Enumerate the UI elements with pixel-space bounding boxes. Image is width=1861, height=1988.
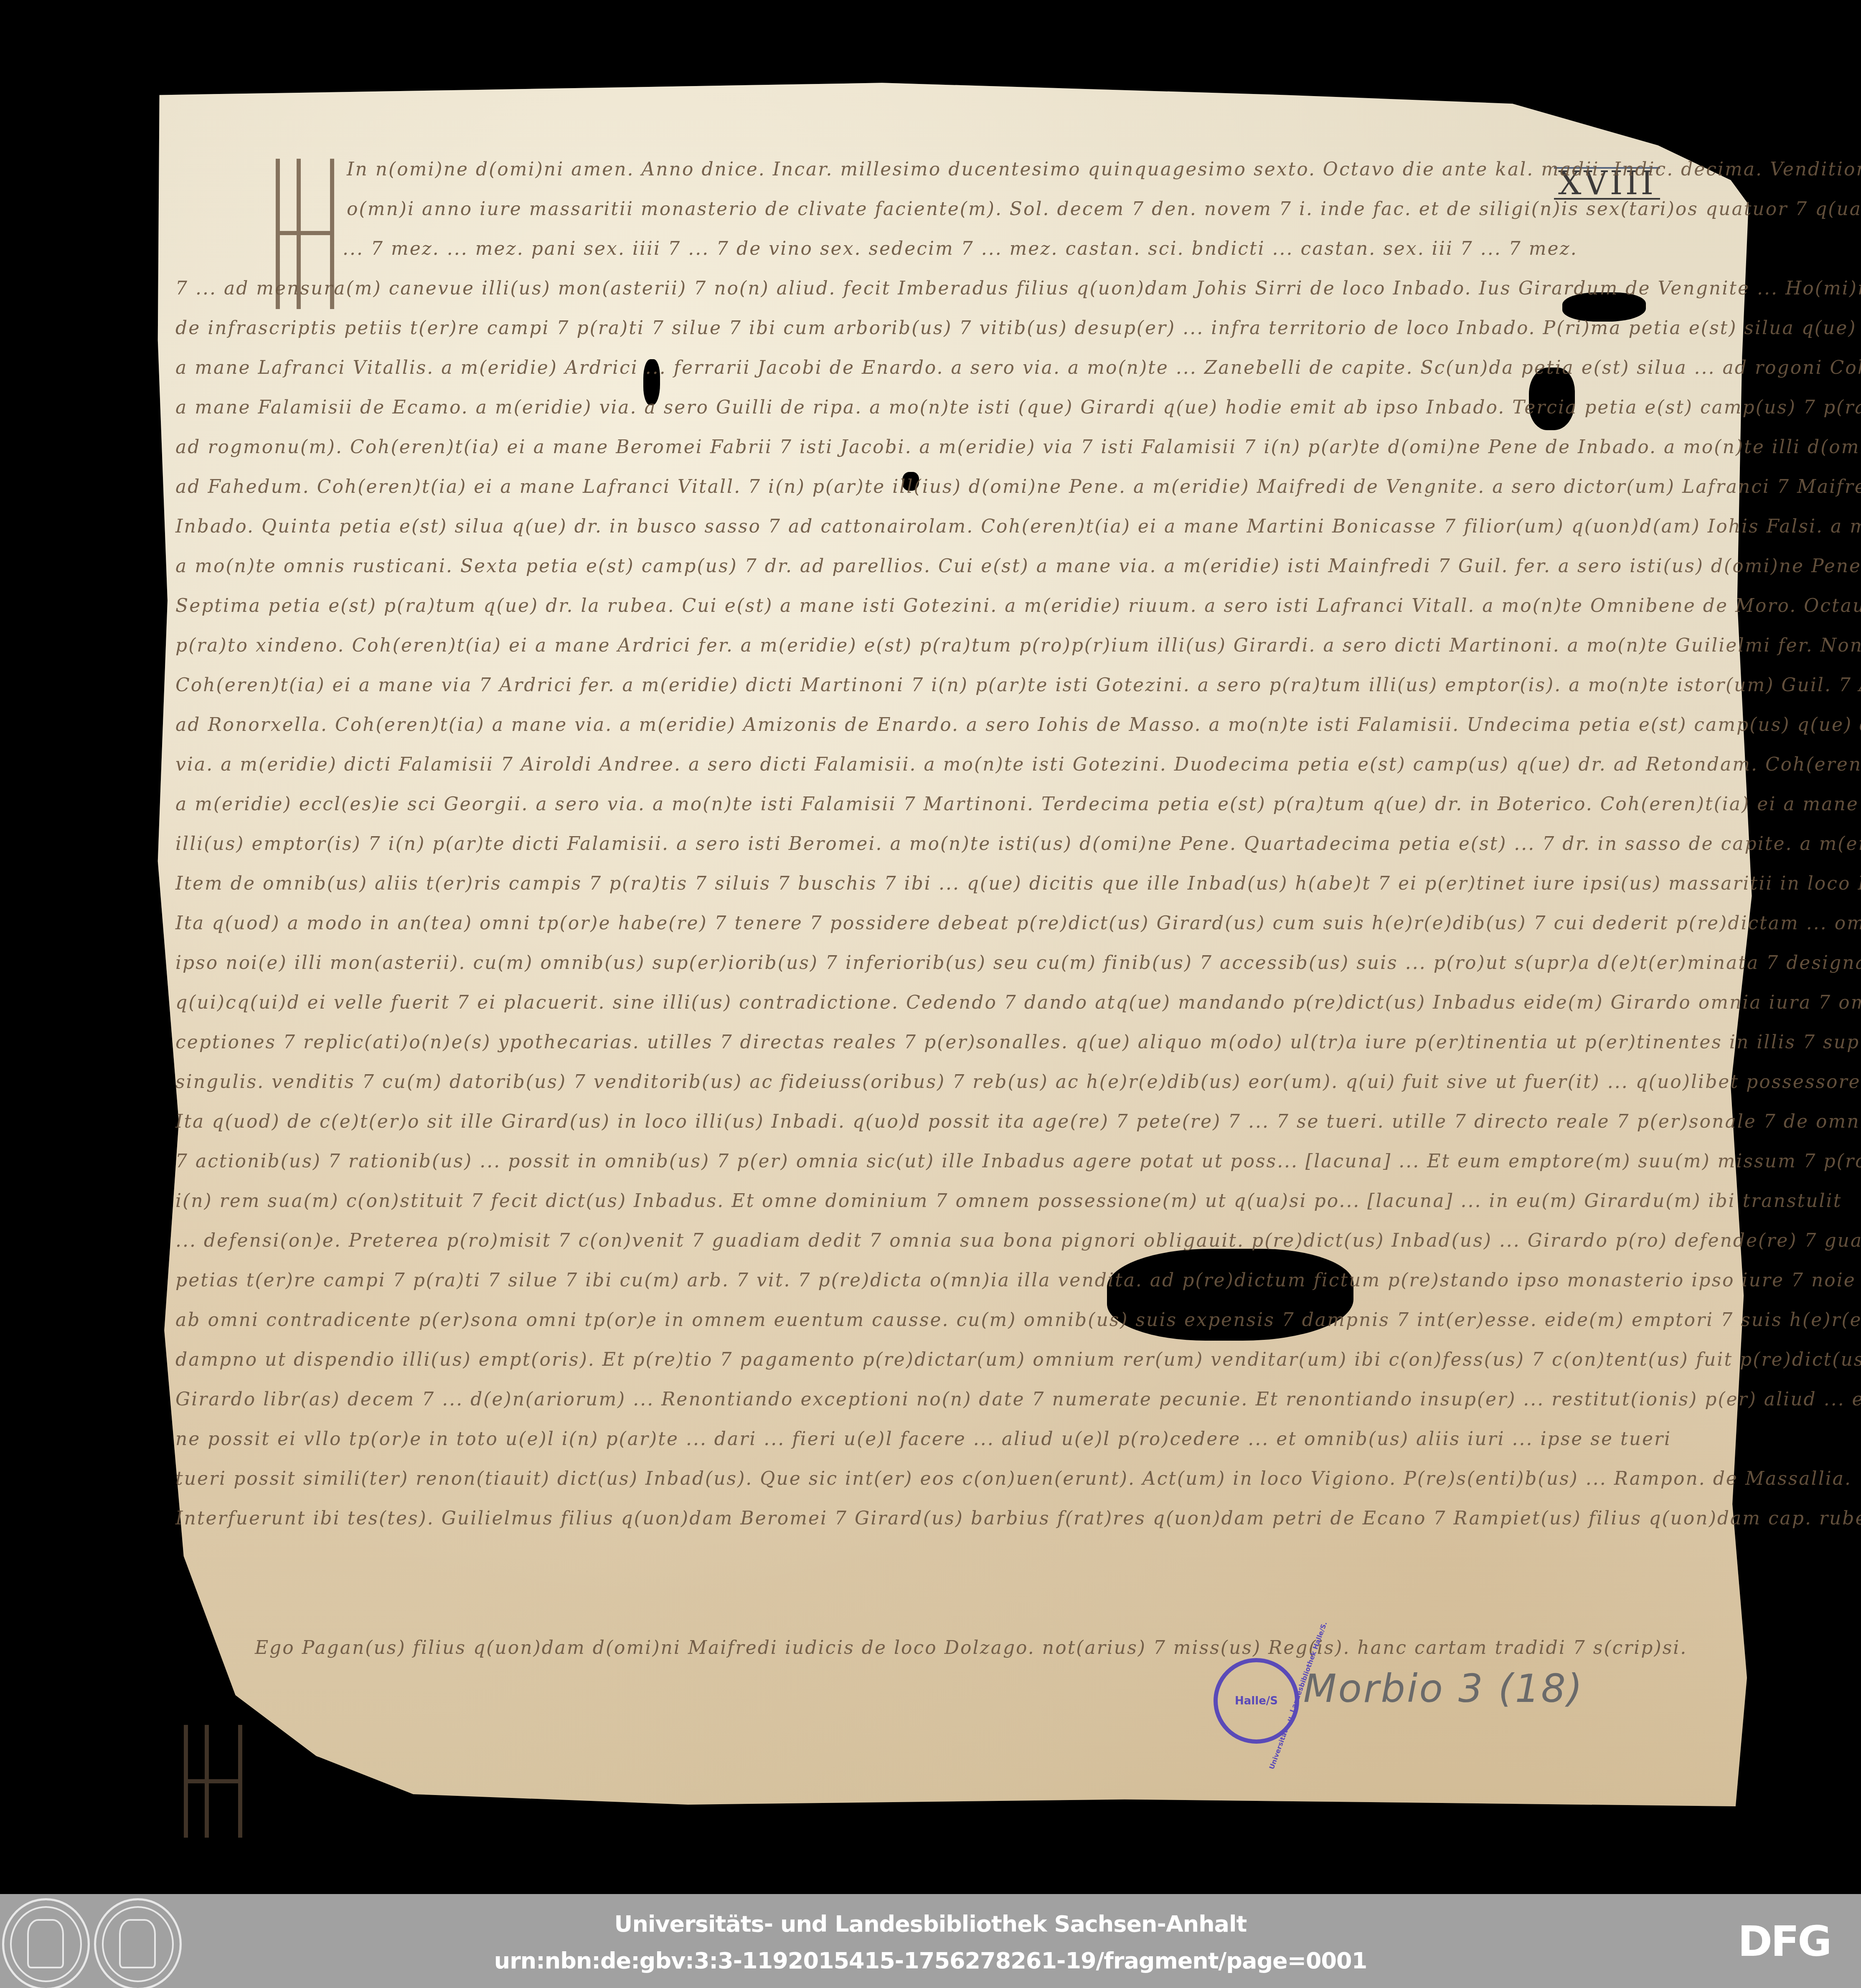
stamp-center-text: Halle/S <box>1235 1695 1278 1707</box>
text-line: i(n) rem sua(m) c(on)stituit 7 fecit dic… <box>175 1190 1842 1212</box>
text-line: illi(us) emptor(is) 7 i(n) p(ar)te dicti… <box>175 833 1861 855</box>
text-line: via. a m(eridie) dicti Falamisii 7 Airol… <box>175 754 1861 775</box>
shelfmark: Morbio 3 (18) <box>1303 1666 1584 1711</box>
text-line: a m(eridie) eccl(es)ie sci Georgii. a se… <box>175 794 1861 815</box>
text-line: singulis. venditis 7 cu(m) datorib(us) 7… <box>175 1071 1861 1093</box>
text-line: ad Ronorxella. Coh(eren)t(ia) a mane via… <box>175 714 1861 735</box>
text-line: ne possit ei vllo tp(or)e in toto u(e)l … <box>175 1428 1671 1450</box>
text-line: In n(omi)ne d(omi)ni amen. Anno dnice. I… <box>347 159 1861 180</box>
text-line: ipso noi(e) illi mon(asterii). cu(m) omn… <box>175 952 1861 974</box>
text-line: ... defensi(on)e. Preterea p(ro)misit 7 … <box>175 1230 1861 1251</box>
text-line: a mo(n)te omnis rusticani. Sexta petia e… <box>175 555 1861 577</box>
urn-identifier: urn:nbn:de:gbv:3:3-1192015415-1756278261… <box>0 1947 1861 1974</box>
library-stamp: Universitäts- u. Landesbibliothek Halle/… <box>1214 1658 1299 1744</box>
text-line: Inbado. Quinta petia e(st) silua q(ue) d… <box>175 516 1861 537</box>
text-line: o(mn)i anno iure massaritii monasterio d… <box>347 198 1861 220</box>
text-line: Septima petia e(st) p(ra)tum q(ue) dr. l… <box>175 595 1861 616</box>
institution-name: Universitäts- und Landesbibliothek Sachs… <box>0 1911 1861 1937</box>
text-line: Interfuerunt ibi tes(tes). Guilielmus fi… <box>175 1508 1861 1529</box>
text-line: ab omni contradicente p(er)sona omni tp(… <box>175 1309 1861 1331</box>
text-line: Item de omnib(us) aliis t(er)ris campis … <box>175 873 1861 894</box>
text-line: 7 actionib(us) 7 rationib(us) ... possit… <box>175 1151 1861 1172</box>
text-line: ceptiones 7 replic(ati)o(n)e(s) ypotheca… <box>175 1032 1861 1053</box>
text-line: tueri possit simili(ter) renon(tiauit) d… <box>175 1468 1852 1489</box>
text-line: ... 7 mez. ... mez. pani sex. iiii 7 ...… <box>343 238 1578 259</box>
text-line: petias t(er)re campi 7 p(ra)ti 7 silue 7… <box>175 1270 1861 1291</box>
text-line: de infrascriptis petiis t(er)re campi 7 … <box>175 317 1861 339</box>
text-line: ad rogmonu(m). Coh(eren)t(ia) ei a mane … <box>175 436 1861 458</box>
text-line: a mane Falamisii de Ecamo. a m(eridie) v… <box>175 397 1861 418</box>
text-line: Coh(eren)t(ia) ei a mane via 7 Ardrici f… <box>175 674 1861 696</box>
text-line: a mane Lafranci Vitallis. a m(eridie) Ar… <box>175 357 1861 378</box>
text-line: p(ra)to xindeno. Coh(eren)t(ia) ei a man… <box>175 635 1861 656</box>
footer-bar: Universitäts- und Landesbibliothek Sachs… <box>0 1894 1861 1988</box>
text-line: 7 ... ad mensura(m) canevue illi(us) mon… <box>175 278 1861 299</box>
dfg-logo: DFG <box>1738 1917 1830 1966</box>
text-line: q(ui)cq(ui)d ei velle fuerit 7 ei placue… <box>175 992 1861 1013</box>
notary-subscription: Ego Pagan(us) filius q(uon)dam d(omi)ni … <box>255 1637 1687 1658</box>
text-line: Ita q(uod) de c(e)t(er)o sit ille Girard… <box>175 1111 1861 1132</box>
text-line: dampno ut dispendio illi(us) empt(oris).… <box>175 1349 1861 1370</box>
text-line: ad Fahedum. Coh(eren)t(ia) ei a mane Laf… <box>175 476 1861 497</box>
notarial-signum-bottom <box>184 1725 242 1838</box>
document-viewer: XVIII In n(omi)ne d(omi)ni amen. Anno dn… <box>0 0 1861 1894</box>
parchment-charter <box>155 79 1771 1817</box>
text-line: Ita q(uod) a modo in an(tea) omni tp(or)… <box>175 913 1861 934</box>
text-line: Girardo libr(as) decem 7 ... d(e)n(arior… <box>175 1389 1861 1410</box>
